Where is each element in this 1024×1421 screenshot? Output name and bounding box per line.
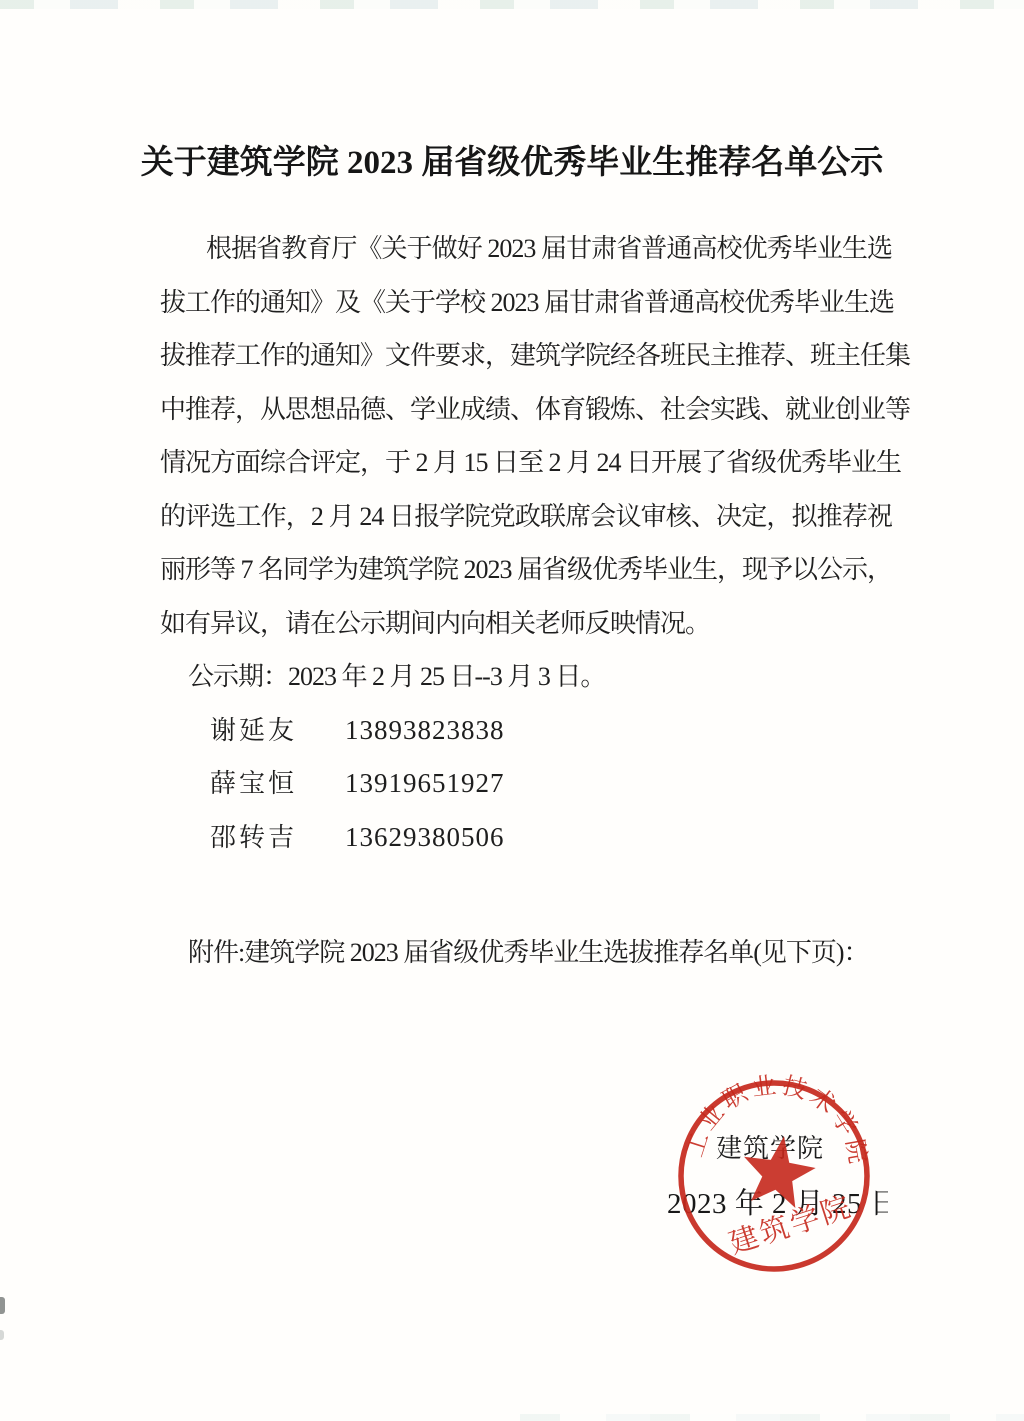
seal-department-text: 建筑学院 [716,1134,824,1163]
paragraph-line: 中推荐，从思想品德、学业成绩、体育锻炼、社会实践、就业创业等 [160,383,892,437]
seal-svg: 建筑学院 2023 年 2 月 25 日 工业职业技术学院 建筑学院 [664,1066,888,1290]
paragraph-line: 丽形等 7 名同学为建筑学院 2023 届省级优秀毕业生，现予以公示， [160,543,892,597]
contact-phone: 13629380506 [345,811,505,865]
scan-artifact-top [0,0,1024,9]
contact-row: 谢延友13893823838 [160,704,892,758]
scanned-document-page: 关于建筑学院 2023 届省级优秀毕业生推荐名单公示 根据省教育厅《关于做好 2… [0,0,1024,1421]
paragraph-line: 情况方面综合评定，于 2 月 15 日至 2 月 24 日开展了省级优秀毕业生 [160,436,892,490]
attachment-line: 附件:建筑学院 2023 届省级优秀毕业生选拔推荐名单(见下页)： [160,926,892,980]
contact-row: 薛宝恒13919651927 [160,757,892,811]
official-seal: 建筑学院 2023 年 2 月 25 日 工业职业技术学院 建筑学院 [664,1066,888,1290]
document-title: 关于建筑学院 2023 届省级优秀毕业生推荐名单公示 [0,136,1024,183]
document-body: 根据省教育厅《关于做好 2023 届甘肃省普通高校优秀毕业生选拔工作的通知》及《… [160,222,892,980]
main-paragraph: 根据省教育厅《关于做好 2023 届甘肃省普通高校优秀毕业生选拔工作的通知》及《… [160,222,892,650]
paragraph-line: 如有异议，请在公示期间内向相关老师反映情况。 [160,597,892,651]
paragraph-line: 根据省教育厅《关于做好 2023 届甘肃省普通高校优秀毕业生选 [160,222,892,276]
contact-name: 谢延友 [210,704,297,758]
paragraph-line: 拔工作的通知》及《关于学校 2023 届甘肃省普通高校优秀毕业生选 [160,276,892,330]
contact-row: 邵转吉13629380506 [160,811,892,865]
contact-name: 邵转吉 [210,811,297,865]
contact-list: 谢延友13893823838薛宝恒13919651927邵转吉136293805… [160,704,892,865]
contact-name: 薛宝恒 [210,757,297,811]
contact-phone: 13919651927 [345,757,505,811]
publicity-period-line: 公示期：2023 年 2 月 25 日--3 月 3 日。 [160,650,892,704]
scan-speck [0,1297,5,1314]
scan-artifact-bottom [520,1414,1024,1421]
paragraph-line: 的评选工作，2 月 24 日报学院党政联席会议审核、决定，拟推荐祝 [160,490,892,544]
paragraph-line: 拔推荐工作的通知》文件要求，建筑学院经各班民主推荐、班主任集 [160,329,892,383]
scan-speck [0,1330,4,1340]
contact-phone: 13893823838 [345,704,505,758]
